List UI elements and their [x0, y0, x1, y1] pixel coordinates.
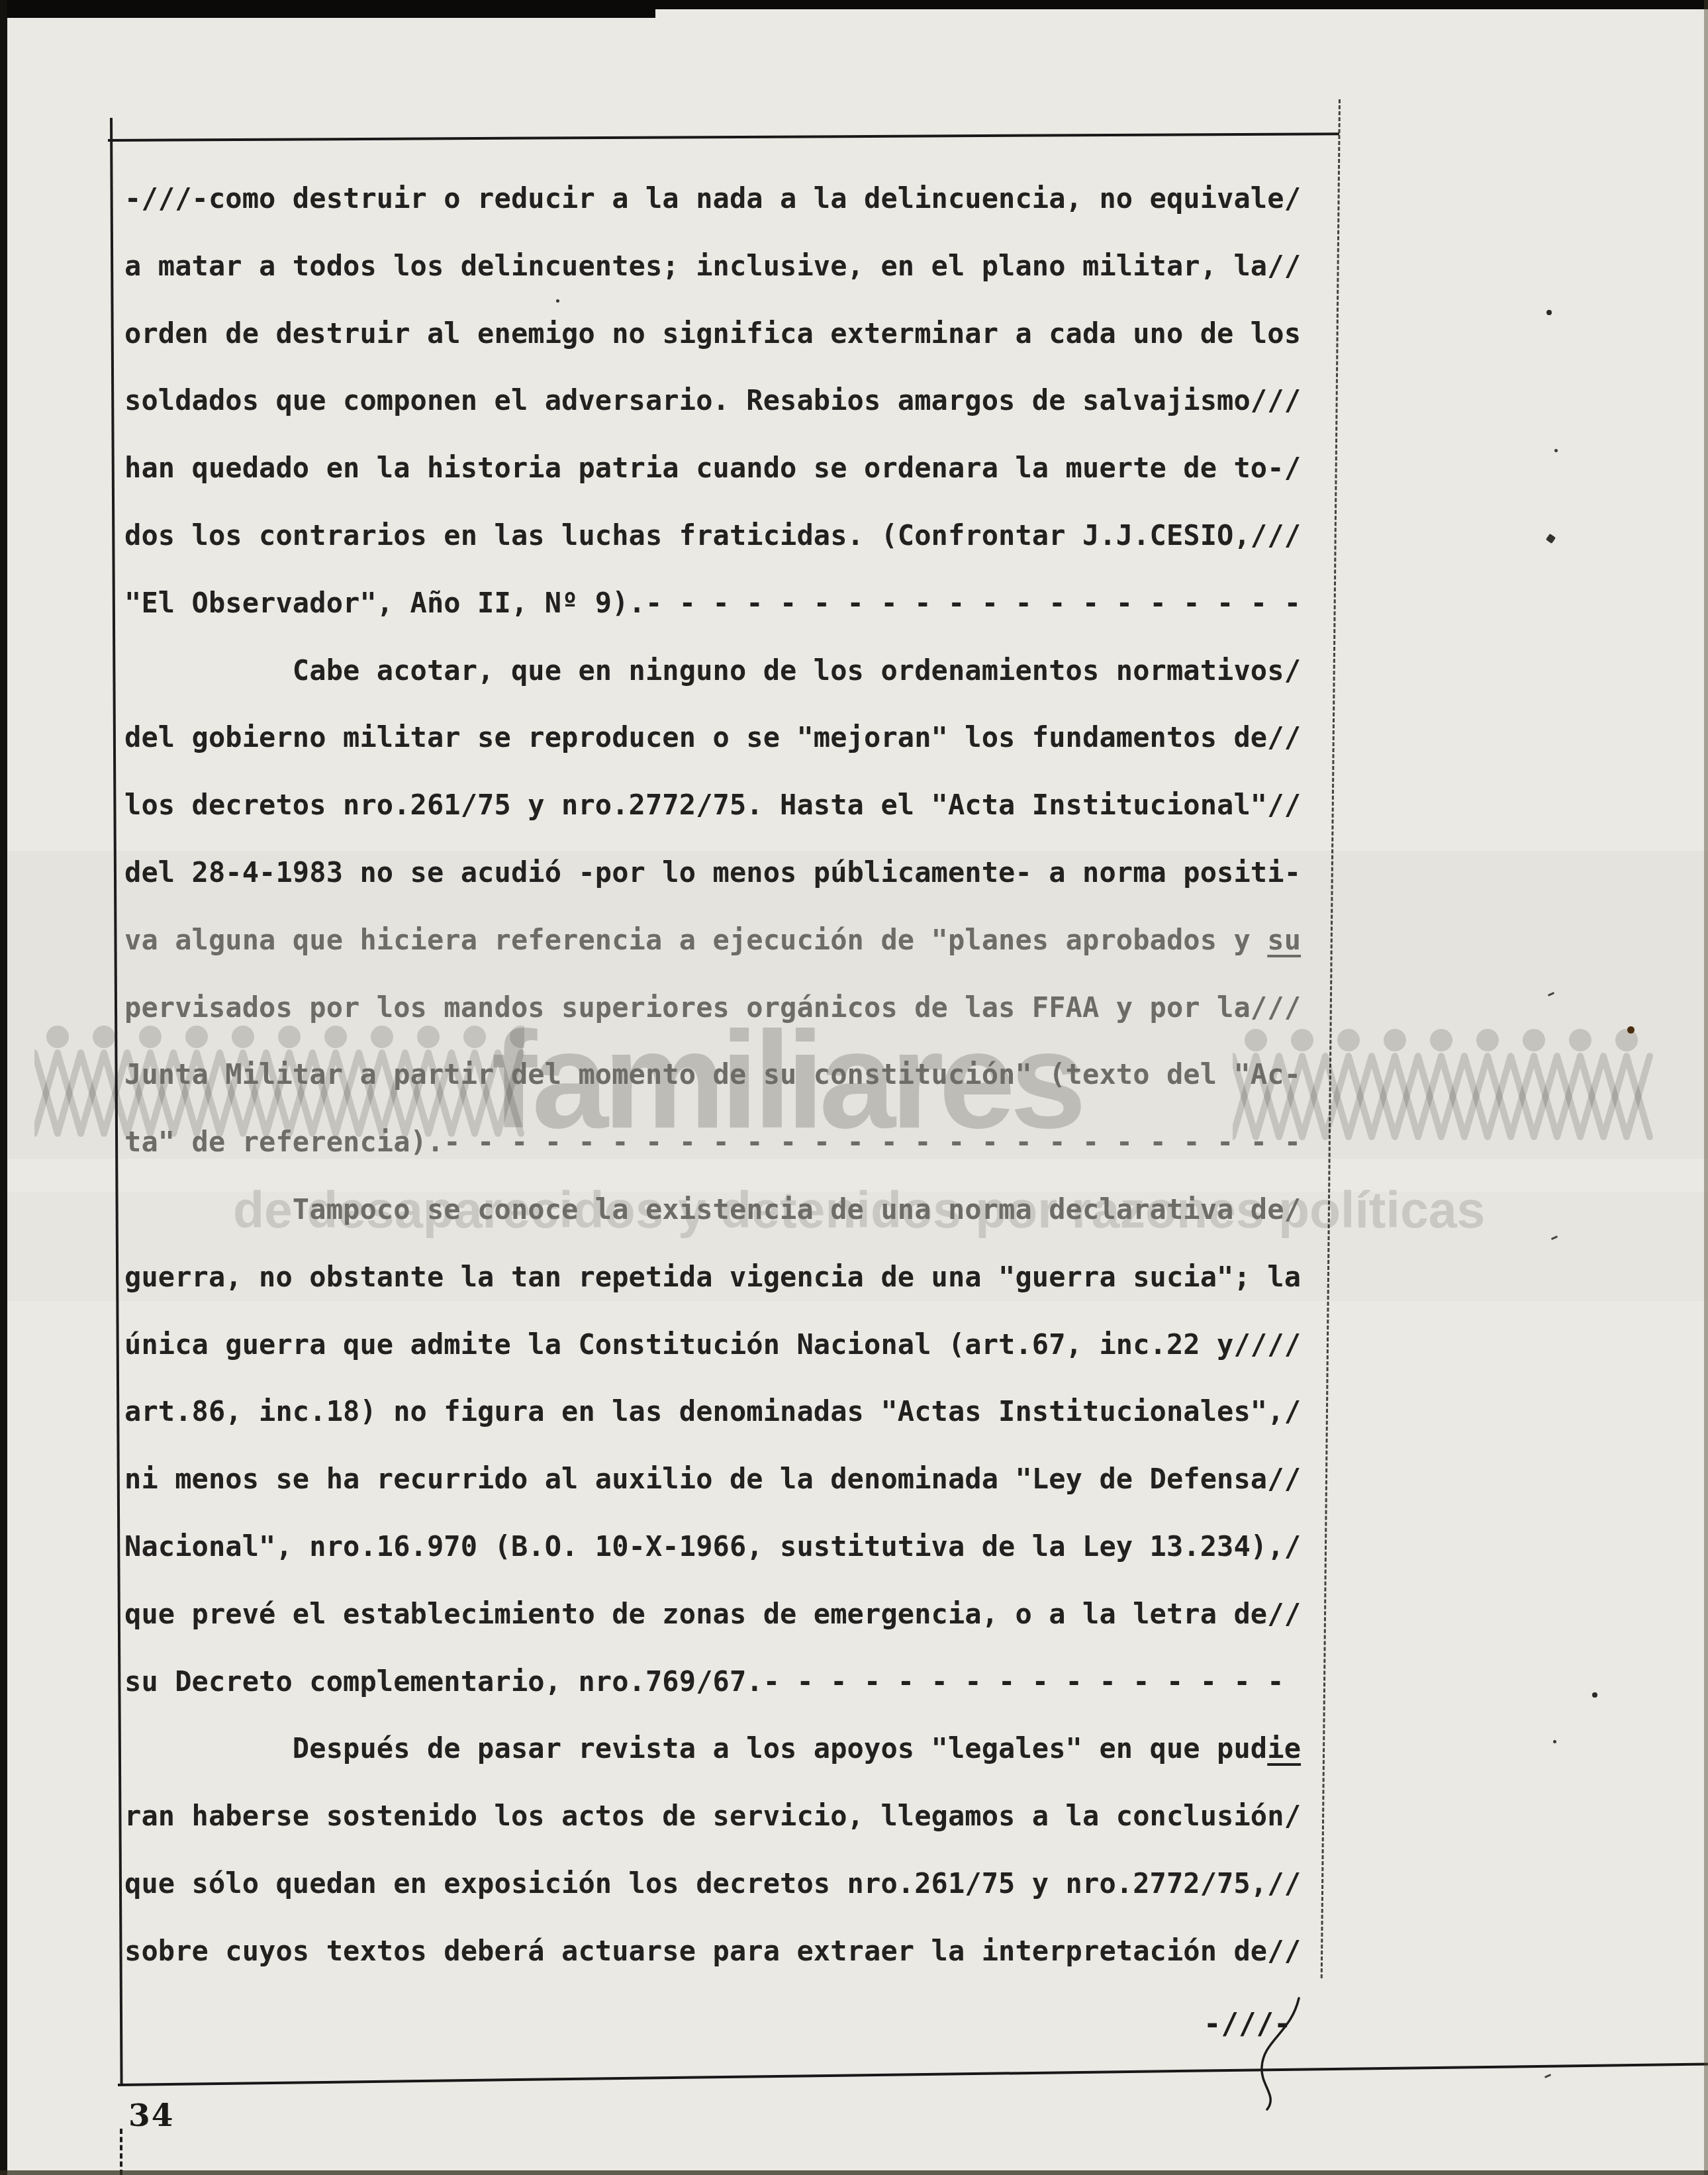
scanned-document-page: familiares de desaparecidos y detenidos … — [0, 0, 1708, 2175]
text-line: han quedado en la historia patria cuando… — [124, 454, 1301, 482]
text-line: Después de pasar revista a los apoyos "l… — [124, 1735, 1301, 1763]
text-line: ta" de referencia).- - - - - - - - - - -… — [124, 1128, 1301, 1156]
text-line: ni menos se ha recurrido al auxilio de l… — [124, 1465, 1301, 1493]
top-rule-line — [108, 132, 1339, 142]
scan-speck — [1553, 1740, 1556, 1743]
text-line: art.86, inc.18) no figura en las denomin… — [124, 1398, 1301, 1426]
underlined-syllable: ie — [1267, 1732, 1301, 1764]
scan-speck — [1554, 449, 1558, 452]
left-margin-line-below-rule — [120, 2129, 122, 2175]
text-line: Nacional", nro.16.970 (B.O. 10-X-1966, s… — [124, 1533, 1301, 1561]
text-line: Cabe acotar, que en ninguno de los orden… — [124, 657, 1301, 685]
scan-edge-bottom — [0, 2170, 1708, 2175]
scan-speck — [1592, 1692, 1597, 1698]
text-line: va alguna que hiciera referencia a ejecu… — [124, 926, 1301, 954]
scan-edge-right — [1704, 0, 1708, 2175]
text-line: pervisados por los mandos superiores org… — [124, 994, 1301, 1022]
text-line: ran haberse sostenido los actos de servi… — [124, 1802, 1301, 1830]
text-line: guerra, no obstante la tan repetida vige… — [124, 1263, 1301, 1291]
text-line: a matar a todos los delincuentes; inclus… — [124, 252, 1301, 280]
scan-edge-left — [0, 0, 7, 2175]
text-line: -///-como destruir o reducir a la nada a… — [124, 185, 1301, 213]
text-line: del gobierno militar se reproducen o se … — [124, 724, 1301, 751]
text-line: sobre cuyos textos deberá actuarse para … — [124, 1937, 1301, 1965]
scan-edge-top-left — [0, 0, 655, 18]
text-line: única guerra que admite la Constitución … — [124, 1331, 1301, 1359]
text-line: que prevé el establecimiento de zonas de… — [124, 1600, 1301, 1628]
text-line: su Decreto complementario, nro.769/67.- … — [124, 1668, 1284, 1696]
text-line: del 28-4-1983 no se acudió -por lo menos… — [124, 859, 1301, 887]
text-line: dos los contrarios en las luchas fratici… — [124, 522, 1301, 550]
text-line: Junta Militar a partir del momento de su… — [124, 1061, 1301, 1088]
page-number: 34 — [128, 2098, 174, 2134]
text-line: que sólo quedan en exposición los decret… — [124, 1870, 1301, 1898]
scan-speck — [1546, 534, 1556, 544]
text-line: los decretos nro.261/75 y nro.2772/75. H… — [124, 791, 1301, 819]
text-line: "El Observador", Año II, Nº 9).- - - - -… — [124, 589, 1301, 617]
scan-speck — [556, 299, 559, 303]
scan-speck — [1627, 1026, 1635, 1034]
pen-scribble — [1245, 1990, 1324, 2122]
text-line: Tampoco se conoce la existencia de una n… — [124, 1196, 1301, 1224]
scan-speck — [1544, 2074, 1551, 2078]
scan-speck — [1546, 310, 1552, 315]
underlined-syllable: su — [1267, 924, 1301, 956]
text-line: soldados que componen el adversario. Res… — [124, 387, 1301, 414]
bottom-rule-line — [118, 2063, 1708, 2086]
text-line: orden de destruir al enemigo no signific… — [124, 320, 1301, 348]
